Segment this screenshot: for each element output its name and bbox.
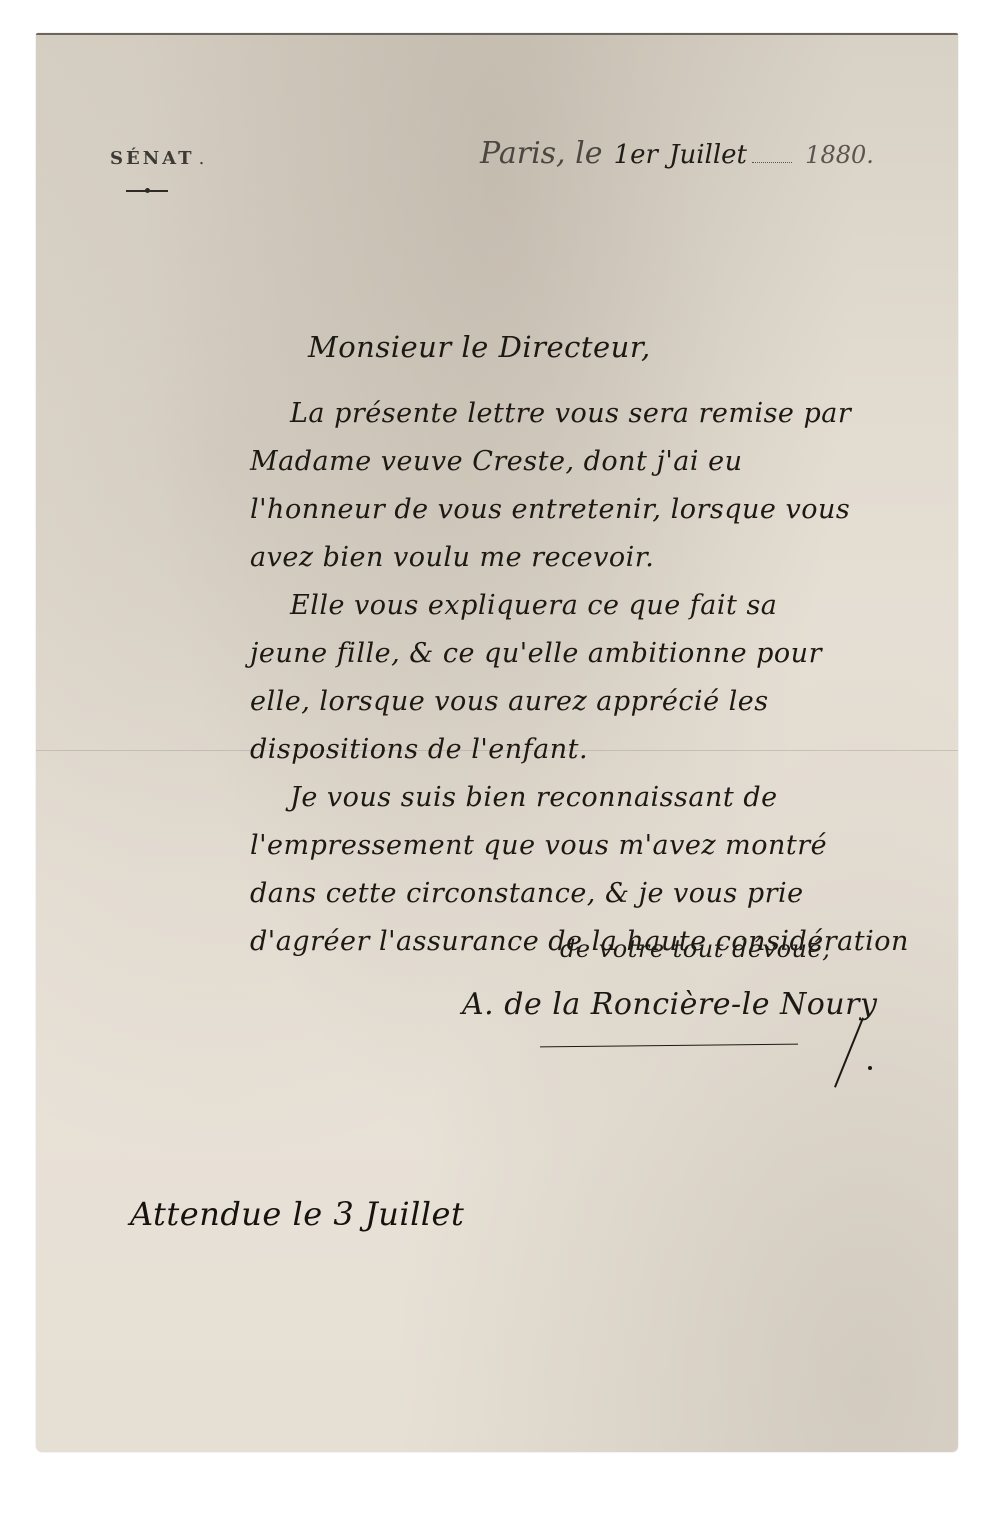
body-line: avez bien voulu me recevoir. [250,534,950,582]
dateline-dotted-rule [752,162,792,163]
letter-body: La présente lettre vous sera remise par … [250,390,950,966]
institution-punctuation: . [199,148,208,169]
body-line: dans cette circonstance, & je vous prie [250,870,950,918]
body-line: Je vous suis bien reconnaissant de [250,774,950,822]
dateline-place: Paris, le [480,136,602,171]
salutation: Monsieur le Directeur, [308,330,651,364]
dateline-day: 1er [614,140,658,170]
signature: A. de la Roncière-le Noury [462,987,877,1022]
dateline-month: Juillet [669,140,747,170]
body-line: Elle vous expliquera ce que fait sa [250,582,950,630]
dateline-year: 1880. [805,141,874,169]
body-line: Madame veuve Creste, dont j'ai eu [250,438,950,486]
body-line: La présente lettre vous sera remise par [250,390,950,438]
body-line: l'empressement que vous m'avez montré [250,822,950,870]
body-line: jeune fille, & ce qu'elle ambitionne pou… [250,630,950,678]
letterhead-institution: SÉNAT. [110,148,207,169]
closing: de votre tout dévoué, [560,935,830,963]
body-line: l'honneur de vous entretenir, lorsque vo… [250,486,950,534]
annotation-note: Attendue le 3 Juillet [130,1195,464,1233]
institution-name: SÉNAT [110,148,195,169]
letterhead-ornament-rule [126,190,168,192]
body-line: elle, lorsque vous aurez apprécié les [250,678,950,726]
signature-dot [868,1066,872,1070]
dateline: Paris, le 1er Juillet 1880. [480,136,910,186]
body-line: dispositions de l'enfant. [250,726,950,774]
